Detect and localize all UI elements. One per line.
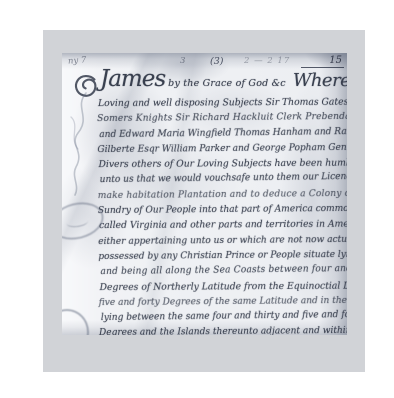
heading-phrase-whereas: Whereas our — [293, 70, 347, 91]
scan-frame: ny 7 3 (3) 2 — 2 17 15 James by the Grac… — [43, 30, 365, 372]
heading-phrase-grace: by the Grace of God &c — [168, 78, 286, 89]
manuscript-text: Loving and well disposing Subjects Sir T… — [97, 94, 347, 335]
margin-scribble: ny 7 — [68, 55, 87, 66]
manuscript-line: Sundry of Our People into that part of A… — [98, 201, 335, 218]
manuscript-line: Degrees and the Islands thereunto adjace… — [99, 323, 336, 335]
archive-mark: 3 — [180, 56, 185, 66]
heading-word-james: James — [100, 66, 165, 92]
margin-flourish-icon — [64, 87, 98, 199]
embossed-seal-circle-icon — [62, 309, 89, 335]
manuscript-page: ny 7 3 (3) 2 — 2 17 15 James by the Grac… — [62, 53, 347, 335]
manuscript-line: Gilberte Esqr William Parker and George … — [97, 140, 334, 157]
center-scribble: 2 — 2 17 — [244, 56, 290, 66]
scan-viewer: ny 7 3 (3) 2 — 2 17 15 James by the Grac… — [0, 0, 394, 398]
manuscript-line: and being all along the Sea Coasts betwe… — [100, 261, 335, 279]
